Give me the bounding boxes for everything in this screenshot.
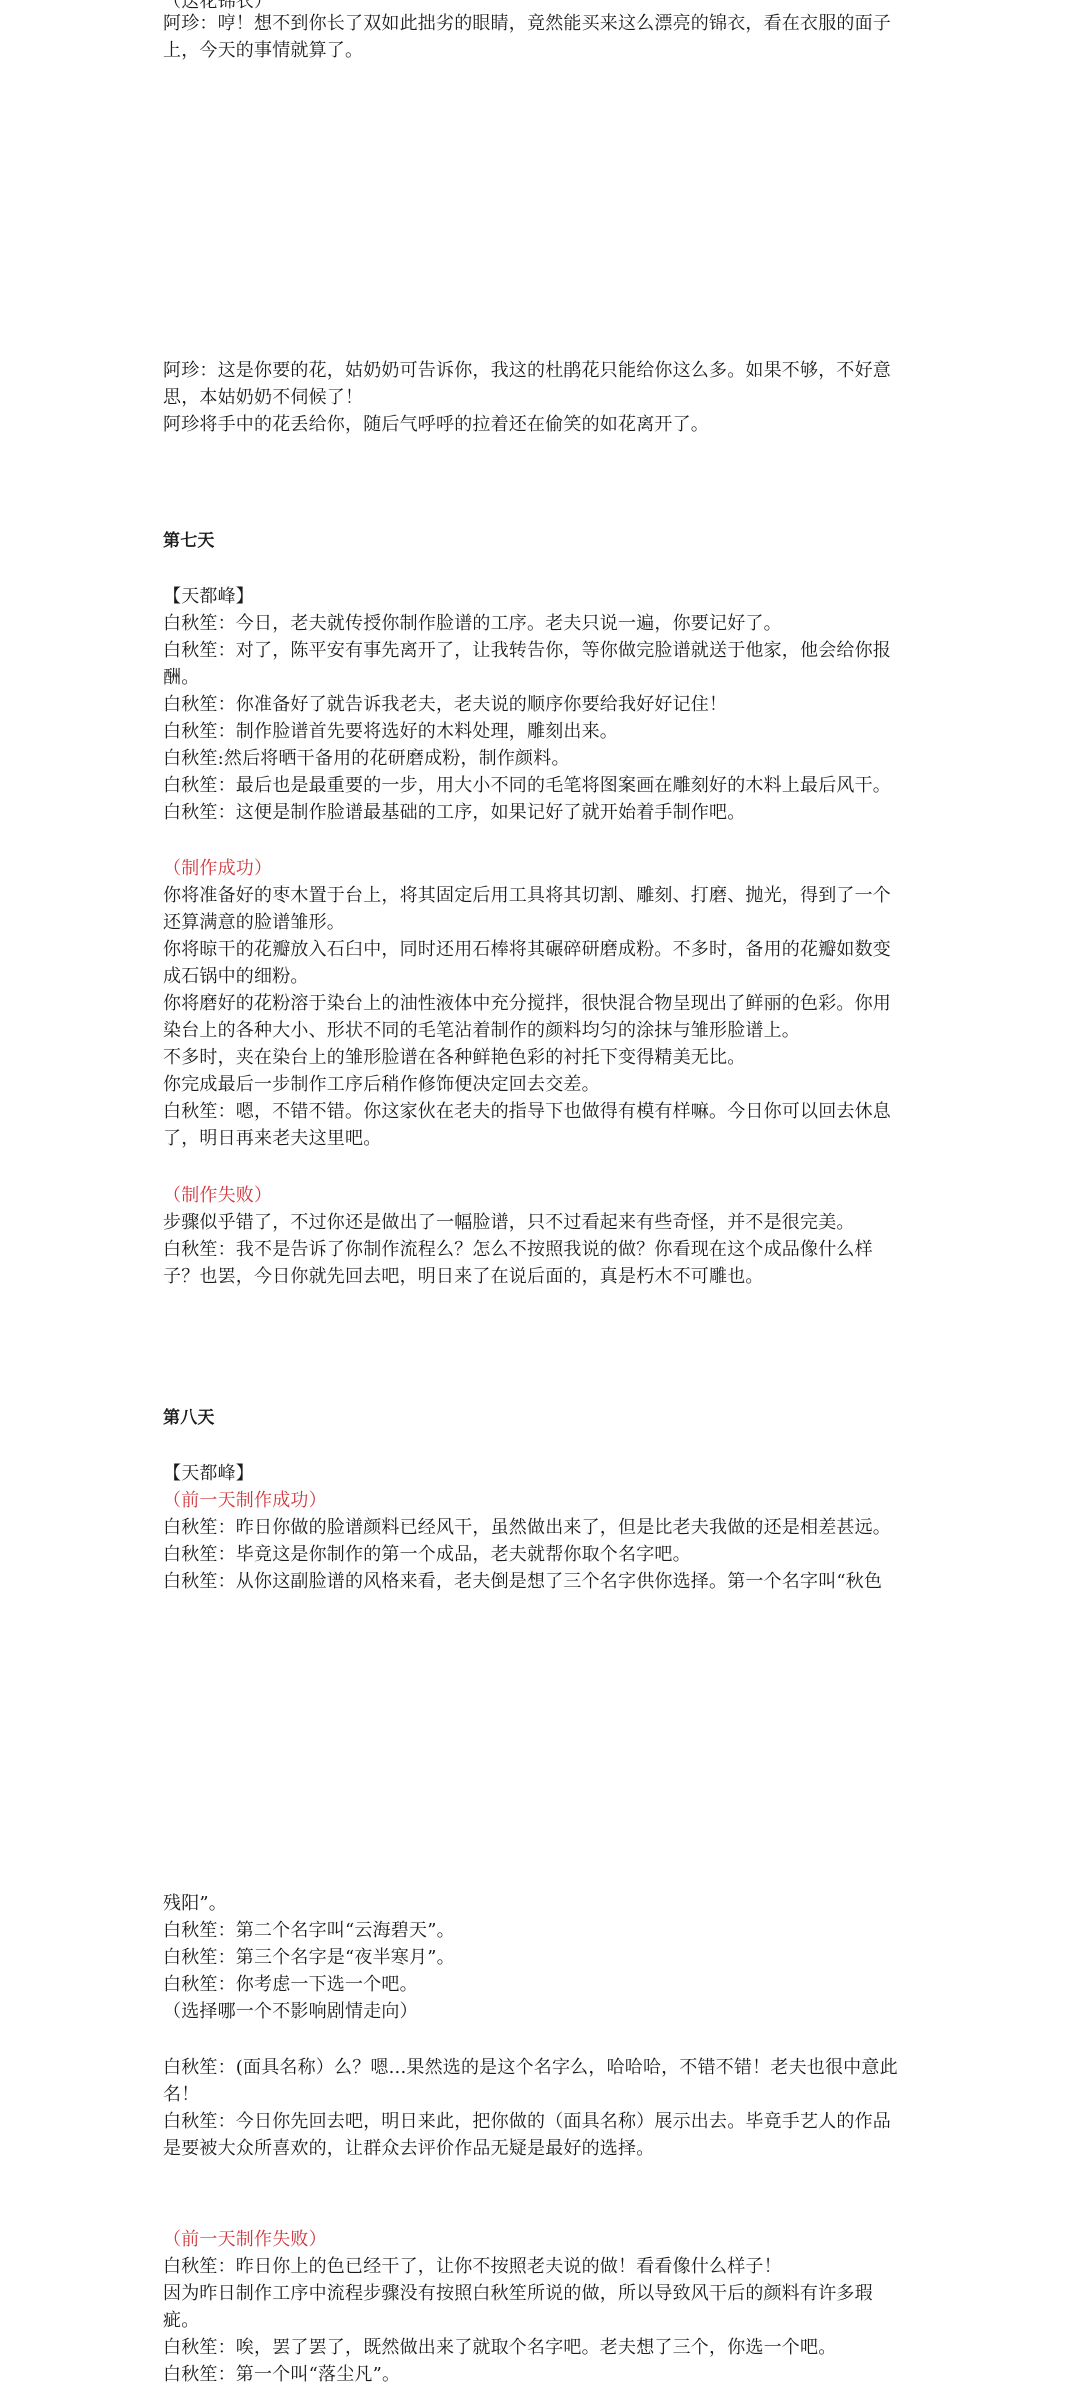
text-line: 了，明日再来老夫这里吧。 — [163, 1128, 923, 1150]
text-line: 因为昨日制作工序中流程步骤没有按照白秋笙所说的做，所以导致风干后的颜料有许多瑕 — [163, 2283, 923, 2305]
text-line: 白秋笙：最后也是最重要的一步，用大小不同的毛笔将图案画在雕刻好的木料上最后风干。 — [163, 775, 923, 797]
text-line: （送花锦衣） — [163, 0, 923, 13]
text-line: 思，本姑奶奶不伺候了！ — [163, 387, 923, 409]
text-line: 白秋笙：(面具名称）么？嗯...果然选的是这个名字么，哈哈哈，不错不错！老夫也很… — [163, 2057, 923, 2079]
text-line: 染台上的各种大小、形状不同的毛笔沾着制作的颜料均匀的涂抹与雏形脸谱上。 — [163, 1020, 923, 1042]
text-line: 你将准备好的枣木置于台上，将其固定后用工具将其切割、雕刻、打磨、抛光，得到了一个 — [163, 885, 923, 907]
text-line: 酬。 — [163, 667, 923, 689]
text-line: 【天都峰】 — [163, 586, 923, 608]
branch-label: （前一天制作成功） — [163, 1490, 923, 1512]
text-line: 白秋笙:然后将晒干备用的花研磨成粉，制作颜料。 — [163, 748, 923, 770]
text-line: 名！ — [163, 2084, 923, 2106]
text-line: 白秋笙：这便是制作脸谱最基础的工序，如果记好了就开始着手制作吧。 — [163, 802, 923, 824]
text-line: 白秋笙：嗯，不错不错。你这家伙在老夫的指导下也做得有模有样嘛。今日你可以回去休息 — [163, 1101, 923, 1123]
text-line: 【天都峰】 — [163, 1463, 923, 1485]
text-line: 不多时，夹在染台上的雏形脸谱在各种鲜艳色彩的衬托下变得精美无比。 — [163, 1047, 923, 1069]
text-line: 你完成最后一步制作工序后稍作修饰便决定回去交差。 — [163, 1074, 923, 1096]
text-line: 白秋笙：对了，陈平安有事先离开了，让我转告你，等你做完脸谱就送于他家，他会给你报 — [163, 640, 923, 662]
branch-label: （制作成功） — [163, 858, 923, 880]
text-line: 白秋笙：制作脸谱首先要将选好的木料处理，雕刻出来。 — [163, 721, 923, 743]
text-line: 还算满意的脸谱雏形。 — [163, 912, 923, 934]
text-line: 阿珍将手中的花丢给你，随后气呼呼的拉着还在偷笑的如花离开了。 — [163, 414, 923, 436]
text-line: 阿珍：这是你要的花，姑奶奶可告诉你，我这的杜鹃花只能给你这么多。如果不够，不好意 — [163, 360, 923, 382]
text-line: 步骤似乎错了，不过你还是做出了一幅脸谱，只不过看起来有些奇怪，并不是很完美。 — [163, 1212, 923, 1234]
text-line: 白秋笙：毕竟这是你制作的第一个成品，老夫就帮你取个名字吧。 — [163, 1544, 923, 1566]
text-line: 白秋笙：昨日你做的脸谱颜料已经风干，虽然做出来了，但是比老夫我做的还是相差甚远。 — [163, 1517, 923, 1539]
text-line: （选择哪一个不影响剧情走向） — [163, 2001, 923, 2023]
text-line: 白秋笙：唉，罢了罢了，既然做出来了就取个名字吧。老夫想了三个，你选一个吧。 — [163, 2337, 923, 2359]
text-line: 白秋笙：第三个名字是“夜半寒月”。 — [163, 1947, 923, 1969]
text-line: 白秋笙：昨日你上的色已经干了，让你不按照老夫说的做！看看像什么样子！ — [163, 2256, 923, 2278]
text-line: 白秋笙：第二个名字叫“云海碧天”。 — [163, 1920, 923, 1942]
text-line: 白秋笙：今日，老夫就传授你制作脸谱的工序。老夫只说一遍，你要记好了。 — [163, 613, 923, 635]
text-line: 残阳”。 — [163, 1893, 923, 1915]
day-heading: 第七天 — [163, 530, 923, 552]
branch-label: （前一天制作失败） — [163, 2229, 923, 2251]
text-line: 白秋笙：今日你先回去吧，明日来此，把你做的（面具名称）展示出去。毕竟手艺人的作品 — [163, 2111, 923, 2133]
branch-label: （制作失败） — [163, 1185, 923, 1207]
text-line: 上，今天的事情就算了。 — [163, 40, 923, 62]
text-line: 白秋笙：我不是告诉了你制作流程么？怎么不按照我说的做？你看现在这个成品像什么样 — [163, 1239, 923, 1261]
text-line: 疵。 — [163, 2310, 923, 2332]
text-line: 白秋笙：从你这副脸谱的风格来看，老夫倒是想了三个名字供你选择。第一个名字叫“秋色 — [163, 1571, 923, 1593]
text-line: 白秋笙：你考虑一下选一个吧。 — [163, 1974, 923, 1996]
text-line: 子？也罢，今日你就先回去吧，明日来了在说后面的，真是朽木不可雕也。 — [163, 1266, 923, 1288]
text-line: 成石锅中的细粉。 — [163, 966, 923, 988]
text-line: 阿珍：哼！想不到你长了双如此拙劣的眼睛，竟然能买来这么漂亮的锦衣，看在衣服的面子 — [163, 13, 923, 35]
text-line: 白秋笙：你准备好了就告诉我老夫，老夫说的顺序你要给我好好记住！ — [163, 694, 923, 716]
text-line: 你将晾干的花瓣放入石臼中，同时还用石棒将其碾碎研磨成粉。不多时，备用的花瓣如数变 — [163, 939, 923, 961]
text-line: 你将磨好的花粉溶于染台上的油性液体中充分搅拌，很快混合物呈现出了鲜丽的色彩。你用 — [163, 993, 923, 1015]
text-line: 是要被大众所喜欢的，让群众去评价作品无疑是最好的选择。 — [163, 2138, 923, 2160]
day-heading: 第八天 — [163, 1407, 923, 1429]
text-line: 白秋笙：第一个叫“落尘凡”。 — [163, 2364, 923, 2386]
